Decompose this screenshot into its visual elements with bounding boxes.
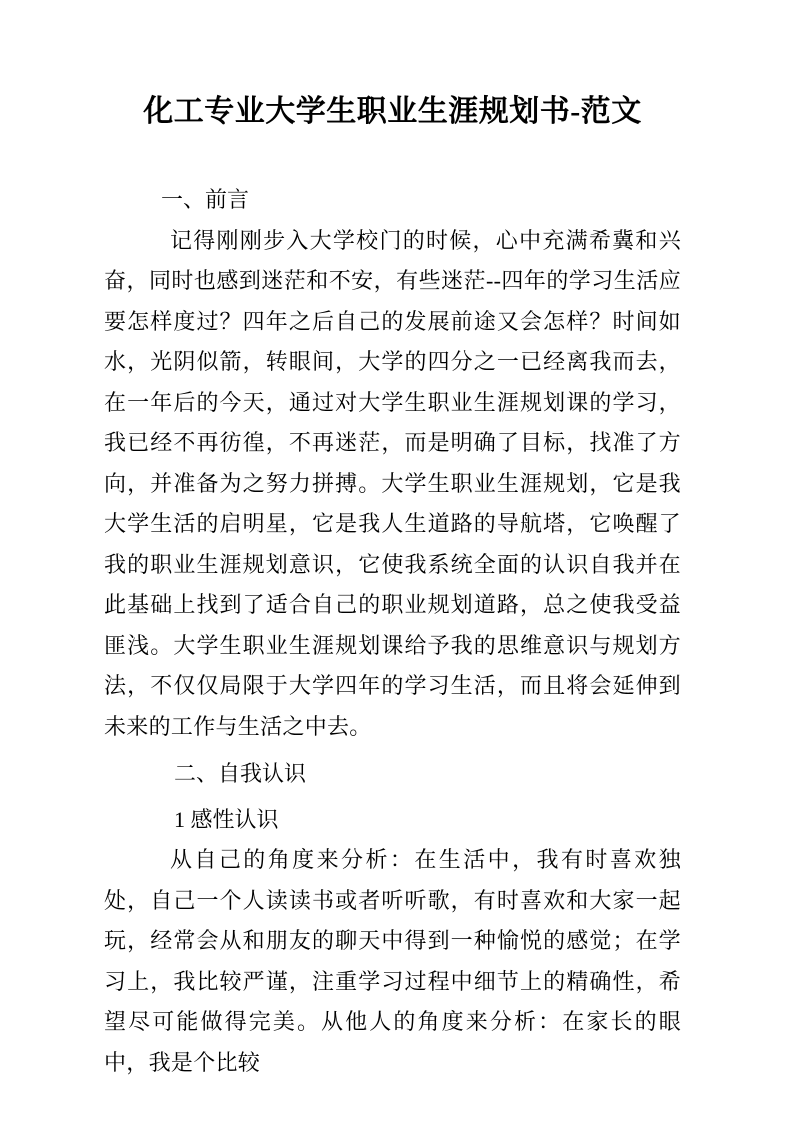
paragraph-preface: 记得刚刚步入大学校门的时候，心中充满希冀和兴奋，同时也感到迷茫和不安，有些迷茫-… [104, 221, 681, 748]
heading-perceptual-understanding: 1 感性认识 [104, 800, 681, 841]
paragraph-perceptual-understanding: 从自己的角度来分析：在生活中，我有时喜欢独处，自己一个人读读书或者听听歌，有时喜… [104, 840, 681, 1083]
heading-preface: 一、前言 [104, 180, 681, 221]
document-title: 化工专业大学生职业生涯规划书-范文 [104, 90, 681, 134]
document-page: 化工专业大学生职业生涯规划书-范文 一、前言 记得刚刚步入大学校门的时候，心中充… [0, 0, 793, 1122]
heading-self-awareness: 二、自我认识 [104, 754, 681, 795]
